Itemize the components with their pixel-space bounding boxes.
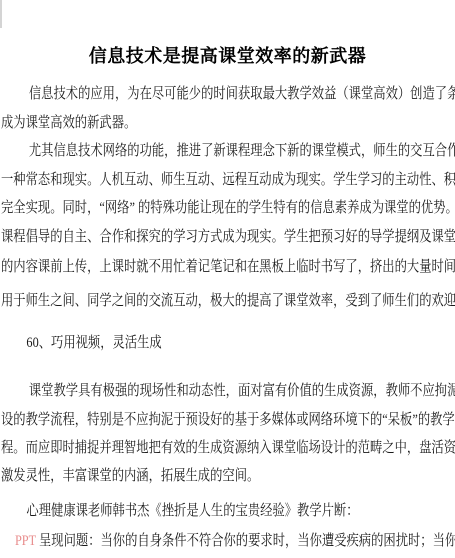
body-line: 成为课堂高效的新武器。 (1, 116, 455, 132)
ppt-line: PPT 呈现问题：当你的自身条件不符合你的要求时，当你遭受疾病的困扰时；当你 (1, 534, 455, 550)
section-heading: 60、巧用视频，灵活生成 (1, 336, 455, 352)
body-line: 程。而应即时捕捉并理智地把有效的生成资源纳入课堂临场设计的范畴之中，盘活资源， (1, 441, 455, 457)
body-line: 的内容课前上传，上课时就不用忙着记笔记和在黑板上临时书写了，挤出的大量时间都 (1, 260, 455, 276)
body-line: 课堂教学具有极强的现场性和动态性，面对富有价值的生成资源，教师不应拘泥于预 (1, 384, 455, 400)
body-line: 尤其信息技术网络的功能，推进了新课程理念下新的课堂模式，师生的交互合作成为 (1, 144, 455, 160)
body-line: 设的教学流程，特别是不应拘泥于预设好的基于多媒体或网络环境下的“呆板”的教学流 (1, 413, 455, 429)
document-title: 信息技术是提高课堂效率的新武器 (0, 42, 455, 68)
body-line: 课程倡导的自主、合作和探究的学习方式成为现实。学生把预习好的导学提纲及课堂上 (1, 230, 455, 246)
document-page: 信息技术是提高课堂效率的新武器 信息技术的应用，为在尽可能少的时间获取最大教学效… (0, 0, 455, 558)
body-line: 激发灵性，丰富课堂的内涵，拓展生成的空间。 (1, 469, 455, 485)
body-line: 一种常态和现实。人机互动、师生互动、远程互动成为现实。学生学习的主动性、积极 (1, 173, 455, 189)
body-line: 信息技术的应用，为在尽可能少的时间获取最大教学效益（课堂高效）创造了条件， (1, 87, 455, 103)
ppt-label: PPT (15, 533, 36, 549)
body-line: 用于师生之间、同学之间的交流互动，极大的提高了课堂效率，受到了师生们的欢迎。 (1, 294, 455, 310)
left-edge-artifact (0, 0, 2, 28)
lesson-fragment-heading: 心理健康课老师韩书杰《挫折是人生的宝贵经验》教学片断： (1, 504, 455, 520)
ppt-text: 呈现问题：当你的自身条件不符合你的要求时，当你遭受疾病的困扰时；当你 (36, 533, 455, 549)
body-line: 完全实现。同时，“网络” 的特殊功能让现在的学生特有的信息素养成为课堂的优势。 (1, 201, 455, 217)
